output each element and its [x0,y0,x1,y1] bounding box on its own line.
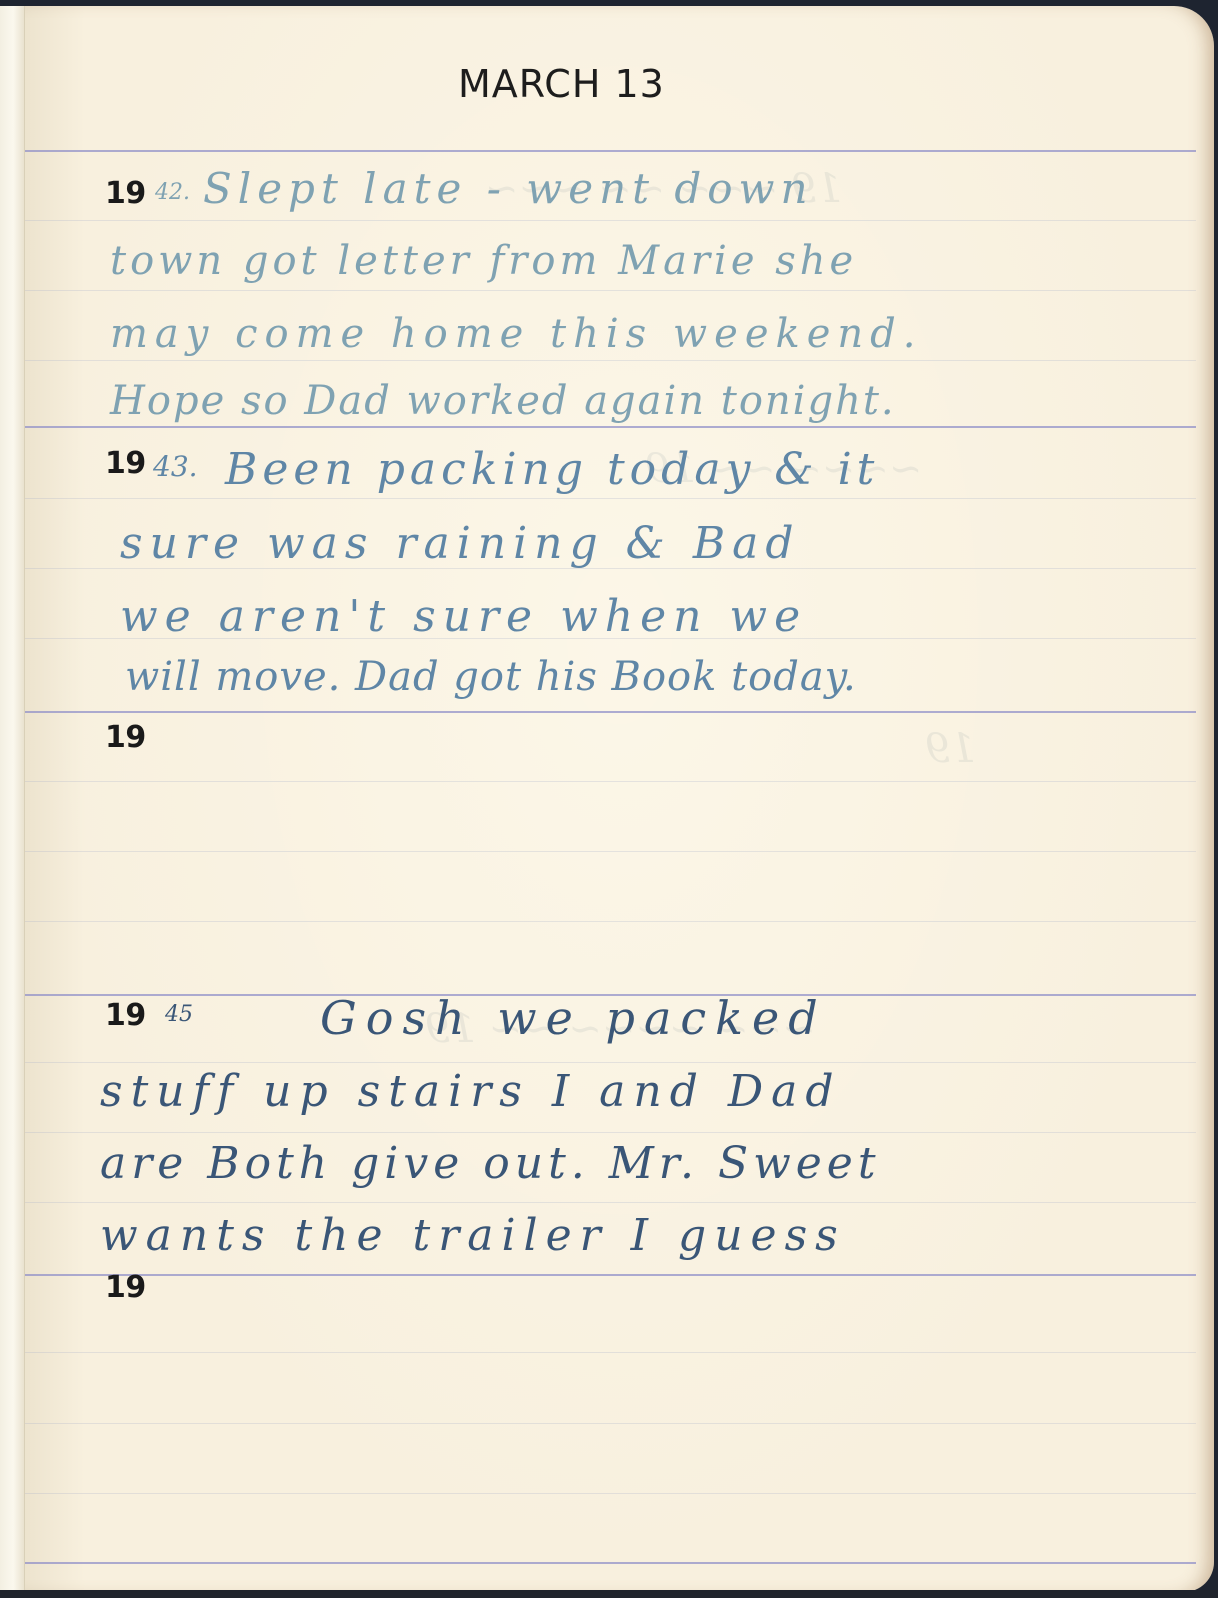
year-suffix: 43. [153,450,198,483]
writing-rule [25,1493,1196,1494]
entry-line: wants the trailer I guess [100,1210,846,1261]
paper-sheet: MARCH 13 19 ~~~ ~~ ~~~ ~~~~ ~~ 19 19 ~~~… [25,6,1214,1592]
writing-rule [25,781,1196,782]
diary-page: MARCH 13 19 ~~~ ~~ ~~~ ~~~~ ~~ 19 19 ~~~… [0,6,1214,1592]
page-binding [0,6,25,1592]
writing-rule [25,220,1196,221]
entry-line: Slept late - went down [203,164,814,213]
entry-line: may come home this weekend. [110,311,923,357]
year-label: 19 [105,720,146,755]
writing-rule [25,851,1196,852]
writing-rule [25,1062,1196,1063]
page-heading: MARCH 13 [25,62,1214,106]
section-rule [25,711,1196,713]
year-suffix: 42. [155,180,190,205]
section-rule [25,1274,1196,1276]
section-rule [25,426,1196,428]
entry-line: we aren't sure when we [120,591,807,642]
writing-rule [25,1352,1196,1353]
year-suffix: 45 [165,1002,193,1027]
year-label: 19 [105,998,146,1033]
entry-line: town got letter from Marie she [110,238,857,284]
scan-edge [0,1590,1218,1598]
writing-rule [25,921,1196,922]
writing-rule [25,498,1196,499]
section-rule [25,1562,1196,1564]
writing-rule [25,1423,1196,1424]
writing-rule [25,290,1196,291]
writing-rule [25,1202,1196,1203]
writing-rule [25,360,1196,361]
section-rule [25,150,1196,152]
entry-line: Hope so Dad worked again tonight. [110,378,896,424]
entry-line: will move. Dad got his Book today. [125,654,857,700]
writing-rule [25,1132,1196,1133]
year-label: 19 [105,176,146,211]
entry-line: sure was raining & Bad [120,518,801,569]
entry-line: stuff up stairs I and Dad [100,1066,842,1117]
year-label: 19 [105,446,146,481]
entry-line: Been packing today & it [225,444,879,495]
bleed-through: 19 [925,726,976,772]
entry-line: Gosh we packed [320,991,827,1045]
year-label: 19 [105,1270,146,1305]
entry-line: are Both give out. Mr. Sweet [100,1138,881,1189]
date-heading: MARCH 13 [458,62,665,106]
